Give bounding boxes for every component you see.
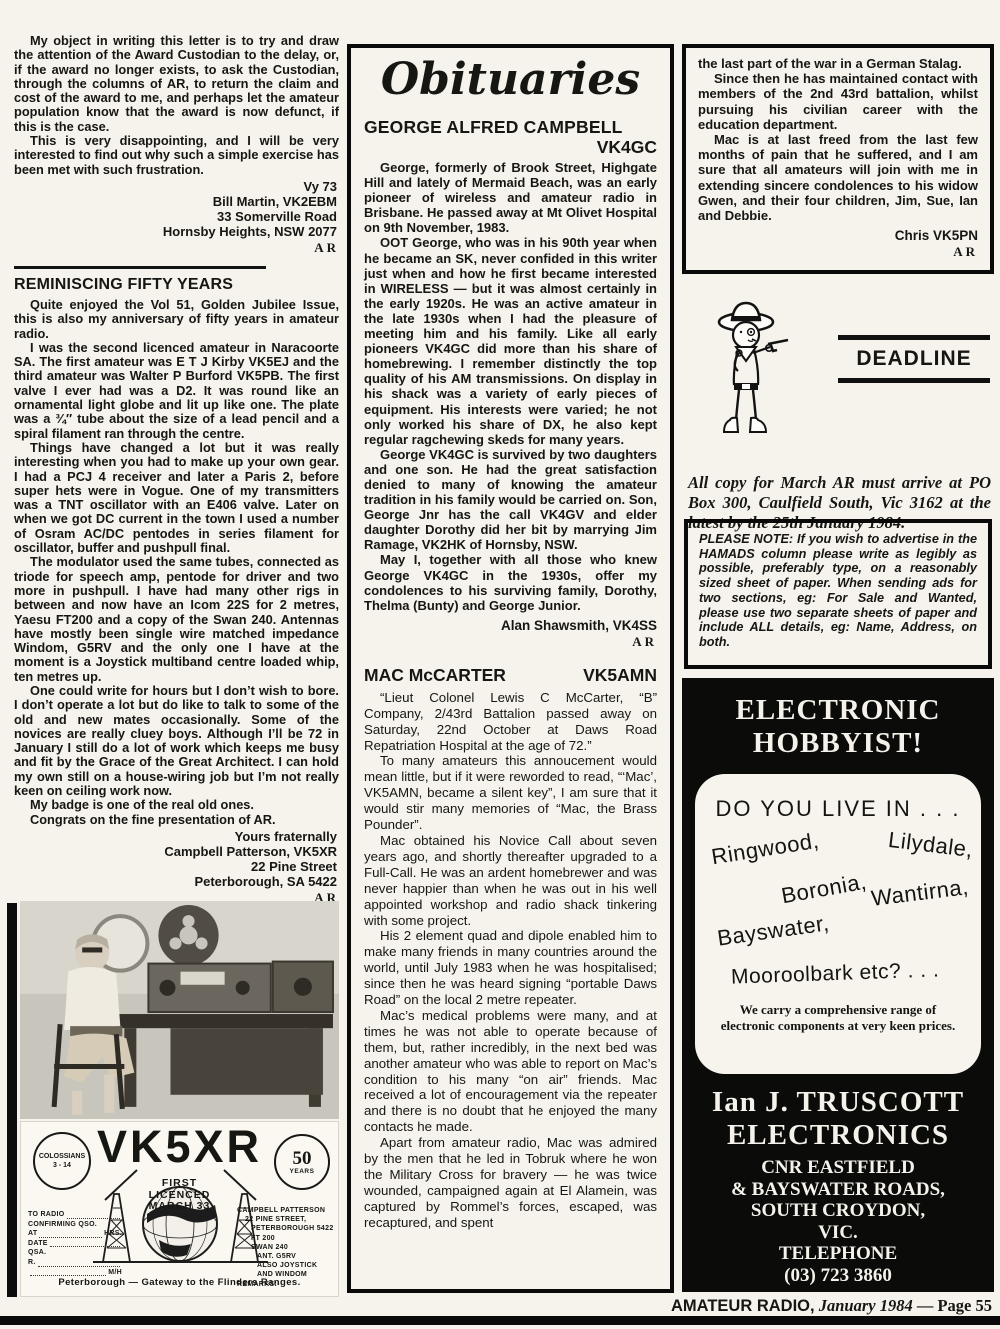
deadline-bar-bottom — [838, 378, 990, 383]
page-bottom-rule — [0, 1316, 1000, 1325]
qsl-field-row: QSA. — [28, 1248, 122, 1258]
owner-line: ALSO JOYSTICK — [237, 1261, 333, 1270]
mac-obituary-callsign: VK5AMN — [583, 665, 657, 686]
mac-obituary-heading: MAC McCARTER VK5AMN — [364, 665, 657, 686]
george-obituary-paragraph: George VK4GC is survived by two daughter… — [364, 447, 657, 553]
deadline-bar-top — [838, 335, 990, 340]
ad-blurb: We carry a comprehensive range of electr… — [717, 1002, 959, 1034]
deadline-logo: DEADLINE — [838, 330, 990, 388]
signature-address: 22 Pine Street — [14, 859, 337, 874]
reminiscing-paragraph: Things have changed a lot but it was rea… — [14, 441, 339, 555]
article-end-marker: AR — [698, 244, 978, 260]
mac-obituary-paragraph: Mac’s medical problems were many, and at… — [364, 1008, 657, 1135]
ad-town: Bayswater, — [716, 910, 831, 951]
ad-town: Mooroolbark etc? . . . — [731, 958, 940, 989]
article-end-marker: AR — [364, 634, 657, 650]
mac-obituary-paragraph: To many amateurs this annoucement would … — [364, 753, 657, 833]
article-end-marker: AR — [14, 240, 339, 256]
station-photo — [20, 901, 339, 1119]
ad-headline-line: ELECTRONIC — [682, 694, 994, 727]
ad-company-line: Ian J. TRUSCOTT — [682, 1086, 994, 1119]
ad-town: Boronia, — [779, 869, 868, 910]
ad-address-line: TELEPHONE — [682, 1243, 994, 1265]
obituaries-title: Obituaries — [364, 54, 657, 105]
licence-line: FIRST — [21, 1178, 338, 1190]
obituaries-box: Obituaries GEORGE ALFRED CAMPBELL VK4GC … — [347, 44, 674, 1293]
deadline-label: DEADLINE — [838, 345, 990, 373]
ad-phone: (03) 723 3860 — [682, 1265, 994, 1287]
mac-continuation-paragraph: Mac is at last freed from the last few m… — [698, 132, 978, 223]
signoff: Yours fraternally — [14, 829, 337, 844]
mac-obituary-paragraph: Mac obtained his Novice Call about seven… — [364, 833, 657, 928]
signature-address: 33 Somerville Road — [14, 209, 337, 224]
ad-address-line: & BAYSWATER ROADS, — [682, 1179, 994, 1201]
ad-address-line: SOUTH CROYDON, — [682, 1200, 994, 1222]
truscott-electronics-ad: ELECTRONIC HOBBYIST! DO YOU LIVE IN . . … — [682, 678, 994, 1292]
badge-text: COLOSSIANS — [39, 1152, 85, 1161]
section-divider — [14, 266, 266, 269]
ad-town: Lilydale, — [887, 827, 975, 863]
footer-page-number: — Page 55 — [917, 1296, 992, 1315]
owner-line: PETERBOROUGH 5422 — [237, 1224, 333, 1233]
qsl-field-row: TO RADIO — [28, 1210, 122, 1220]
award-letter-paragraph: This is very disappointing, and I will b… — [14, 134, 339, 177]
mac-obituary-author: Chris VK5PN — [698, 228, 978, 243]
ad-headline-line: HOBBYIST! — [682, 727, 994, 760]
owner-line: SWAN 240 — [237, 1243, 333, 1252]
badge-text: YEARS — [290, 1168, 315, 1175]
ad-company-name: Ian J. TRUSCOTT ELECTRONICS — [682, 1086, 994, 1152]
ad-headline: ELECTRONIC HOBBYIST! — [682, 694, 994, 760]
page-footer: AMATEUR RADIO, January 1984 — Page 55 — [671, 1296, 992, 1316]
ad-address: CNR EASTFIELD & BAYSWATER ROADS, SOUTH C… — [682, 1157, 994, 1286]
ad-town: Ringwood, — [710, 828, 821, 871]
badge-text: 50 — [293, 1150, 312, 1168]
award-letter-signature: Vy 73 Bill Martin, VK2EBM 33 Somerville … — [14, 179, 337, 239]
qsl-contact-fields: TO RADIO CONFIRMING QSO. ATHRS. DATE QSA… — [28, 1210, 122, 1277]
left-column: My object in writing this letter is to t… — [14, 34, 339, 906]
reminiscing-paragraph: Quite enjoyed the Vol 51, Golden Jubilee… — [14, 298, 339, 341]
qsl-field-row: R. — [28, 1258, 122, 1268]
badge-text: 3 - 14 — [53, 1161, 71, 1170]
ad-address-line: CNR EASTFIELD — [682, 1157, 994, 1179]
owner-line: FT 200 — [237, 1234, 333, 1243]
owner-line: CAMPBELL PATTERSON — [237, 1206, 333, 1215]
reminiscing-signature: Yours fraternally Campbell Patterson, VK… — [14, 829, 337, 889]
george-obituary-author: Alan Shawsmith, VK4SS — [364, 618, 657, 633]
george-obituary-paragraph: George, formerly of Brook Street, Highga… — [364, 160, 657, 235]
mac-obituary-name: MAC McCARTER — [364, 665, 506, 686]
george-obituary-paragraph: May I, together with all those who knew … — [364, 552, 657, 612]
footer-magazine-title: AMATEUR RADIO, — [671, 1297, 815, 1315]
magazine-page: My object in writing this letter is to t… — [0, 0, 1000, 1329]
station-photo-graphic — [20, 901, 339, 1119]
george-obituary-name: GEORGE ALFRED CAMPBELL — [364, 117, 657, 137]
mac-continuation-paragraph: Since then he has maintained contact wit… — [698, 71, 978, 132]
cowboy-deadline-illustration — [706, 295, 806, 453]
signature-name: Campbell Patterson, VK5XR — [14, 844, 337, 859]
mac-obituary-continuation-box: the last part of the war in a German Sta… — [682, 44, 994, 274]
qsl-field-row: CONFIRMING QSO. — [28, 1220, 122, 1230]
george-obituary-paragraph: OOT George, who was in his 90th year whe… — [364, 235, 657, 446]
mac-obituary-paragraph: His 2 element quad and dipole enabled hi… — [364, 928, 657, 1008]
owner-line: 22 PINE STREET, — [237, 1215, 333, 1224]
reminiscing-paragraph: I was the second licenced amateur in Nar… — [14, 341, 339, 441]
please-note-box: PLEASE NOTE: If you wish to advertise in… — [684, 519, 992, 669]
footer-issue: January 1984 — [815, 1296, 917, 1315]
owner-line: ANT. G5RV — [237, 1252, 333, 1261]
qsl-field-row: M/H — [28, 1268, 122, 1278]
mac-continuation-paragraph: the last part of the war in a German Sta… — [698, 56, 978, 71]
reminiscing-paragraph: The modulator used the same tubes, conne… — [14, 555, 339, 684]
qsl-card: VK5XR COLOSSIANS 3 - 14 50 YEARS — [20, 1121, 339, 1297]
ad-address-line: VIC. — [682, 1222, 994, 1244]
ad-suburbs-panel: DO YOU LIVE IN . . . Ringwood, Lilydale,… — [695, 774, 981, 1074]
qsl-tagline: Peterborough — Gateway to the Flinders R… — [21, 1277, 338, 1288]
signature-address: Hornsby Heights, NSW 2077 — [14, 224, 337, 239]
qsl-field-row: DATE — [28, 1239, 122, 1249]
page-edge-bar — [7, 903, 17, 1297]
george-obituary-callsign: VK4GC — [364, 137, 657, 157]
signoff: Vy 73 — [14, 179, 337, 194]
ad-question: DO YOU LIVE IN . . . — [695, 796, 981, 822]
ad-company-line: ELECTRONICS — [682, 1119, 994, 1152]
mac-obituary-paragraph: Apart from amateur radio, Mac was admire… — [364, 1135, 657, 1230]
mac-obituary-paragraph: “Lieut Colonel Lewis C McCarter, “B” Com… — [364, 690, 657, 754]
reminiscing-paragraph: One could write for hours but I don’t wi… — [14, 684, 339, 798]
letter-heading: REMINISCING FIFTY YEARS — [14, 276, 339, 294]
reminiscing-paragraph: My badge is one of the real old ones. — [14, 798, 339, 812]
reminiscing-paragraph: Congrats on the fine presentation of AR. — [14, 813, 339, 827]
qsl-field-row: ATHRS. — [28, 1229, 122, 1239]
award-letter-paragraph: My object in writing this letter is to t… — [14, 34, 339, 134]
signature-name: Bill Martin, VK2EBM — [14, 194, 337, 209]
ad-town: Wantirna, — [870, 874, 970, 912]
signature-address: Peterborough, SA 5422 — [14, 874, 337, 889]
